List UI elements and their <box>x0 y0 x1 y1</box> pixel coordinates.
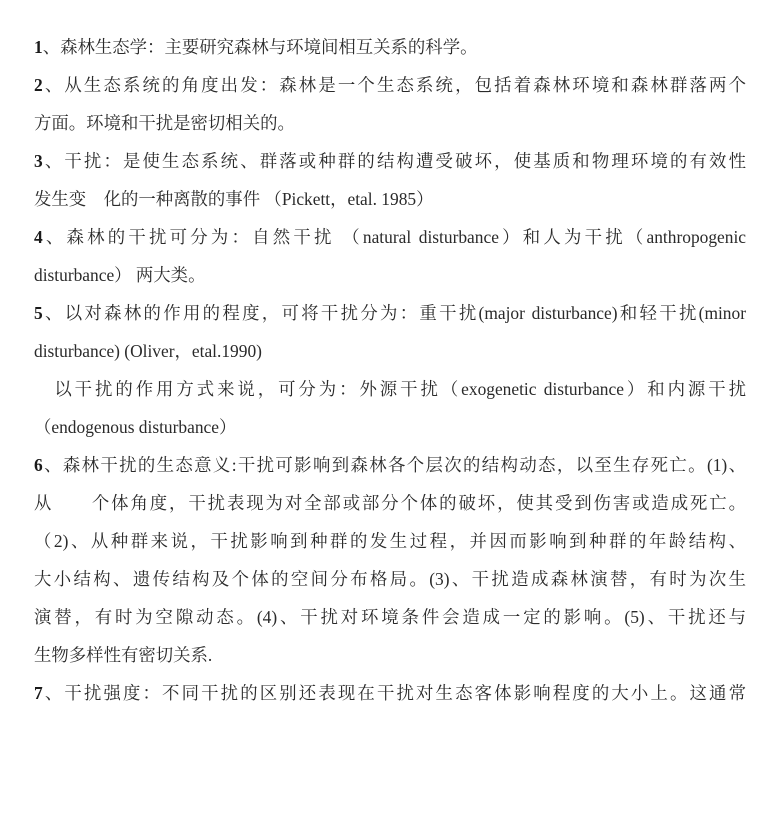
paragraph-7-line-1: 7、干扰强度：不同干扰的区别还表现在干扰对生态客体影响程度的大小上。这通常 <box>34 681 746 705</box>
line-text: 方面。环境和干扰是密切相关的。 <box>34 113 295 133</box>
item-number: 5 <box>34 303 43 323</box>
line-text: 、以对森林的作用的程度，可将干扰分为：重干扰(major disturbance… <box>43 303 746 323</box>
line-text: 演替，有时为空隙动态。(4)、干扰对环境条件会造成一定的影响。(5)、干扰还与 <box>34 607 746 627</box>
paragraph-6-line-5: 演替，有时为空隙动态。(4)、干扰对环境条件会造成一定的影响。(5)、干扰还与 <box>34 605 746 629</box>
line-text: （endogenous disturbance） <box>34 417 236 437</box>
paragraph-6-line-6: 生物多样性有密切关系. <box>34 643 212 667</box>
line-text: 、干扰强度：不同干扰的区别还表现在干扰对生态客体影响程度的大小上。这通常 <box>43 683 746 703</box>
paragraph-4-line-1: 4、森林的干扰可分为：自然干扰 （natural disturbance）和人为… <box>34 225 746 249</box>
line-text: 、森林的干扰可分为：自然干扰 （natural disturbance）和人为干… <box>43 227 746 247</box>
item-number: 2 <box>34 75 43 95</box>
line-text: 大小结构、遗传结构及个体的空间分布格局。(3)、干扰造成森林演替，有时为次生 <box>34 569 746 589</box>
paragraph-1-line-1: 1、森林生态学：主要研究森林与环境间相互关系的科学。 <box>34 35 477 59</box>
item-number: 1 <box>34 37 43 57</box>
line-text: 、森林生态学：主要研究森林与环境间相互关系的科学。 <box>43 37 478 57</box>
paragraph-2-line-1: 2、从生态系统的角度出发：森林是一个生态系统，包括着森林环境和森林群落两个 <box>34 73 746 97</box>
paragraph-4-line-2: disturbance） 两大类。 <box>34 263 205 287</box>
item-number: 4 <box>34 227 43 247</box>
paragraph-6-line-2: 从 个体角度，干扰表现为对全部或部分个体的破坏，使其受到伤害或造成死亡。 <box>34 491 746 515</box>
paragraph-3-line-1: 3、干扰：是使生态系统、群落或种群的结构遭受破坏，使基质和物理环境的有效性 <box>34 149 746 173</box>
line-text: disturbance） 两大类。 <box>34 265 205 285</box>
line-text: 以干扰的作用方式来说，可分为：外源干扰（exogenetic disturban… <box>34 379 746 399</box>
item-number: 7 <box>34 683 43 703</box>
item-number: 6 <box>34 455 43 475</box>
line-text: 发生变 化的一种离散的事件 （Pickett，etal. 1985） <box>34 189 433 209</box>
paragraph-6-line-3: （2)、从种群来说，干扰影响到种群的发生过程，并因而影响到种群的年龄结构、 <box>34 529 746 553</box>
line-text: disturbance) (Oliver，etal.1990) <box>34 341 262 361</box>
paragraph-6-line-1: 6、森林干扰的生态意义:干扰可影响到森林各个层次的结构动态，以至生存死亡。(1)… <box>34 453 746 477</box>
paragraph-3-line-2: 发生变 化的一种离散的事件 （Pickett，etal. 1985） <box>34 187 433 211</box>
paragraph-5-line-1: 5、以对森林的作用的程度，可将干扰分为：重干扰(major disturbanc… <box>34 301 746 325</box>
item-number: 3 <box>34 151 43 171</box>
line-text: 从 个体角度，干扰表现为对全部或部分个体的破坏，使其受到伤害或造成死亡。 <box>34 493 746 513</box>
paragraph-5b-line-1: 以干扰的作用方式来说，可分为：外源干扰（exogenetic disturban… <box>34 377 746 401</box>
line-text: 、干扰：是使生态系统、群落或种群的结构遭受破坏，使基质和物理环境的有效性 <box>43 151 746 171</box>
paragraph-5b-line-2: （endogenous disturbance） <box>34 415 236 439</box>
line-text: （2)、从种群来说，干扰影响到种群的发生过程，并因而影响到种群的年龄结构、 <box>34 531 746 551</box>
line-text: 、从生态系统的角度出发：森林是一个生态系统，包括着森林环境和森林群落两个 <box>43 75 746 95</box>
paragraph-2-line-2: 方面。环境和干扰是密切相关的。 <box>34 111 295 135</box>
line-text: 生物多样性有密切关系. <box>34 645 212 665</box>
paragraph-6-line-4: 大小结构、遗传结构及个体的空间分布格局。(3)、干扰造成森林演替，有时为次生 <box>34 567 746 591</box>
paragraph-5-line-2: disturbance) (Oliver，etal.1990) <box>34 339 262 363</box>
line-text: 、森林干扰的生态意义:干扰可影响到森林各个层次的结构动态，以至生存死亡。(1)、 <box>43 455 746 475</box>
